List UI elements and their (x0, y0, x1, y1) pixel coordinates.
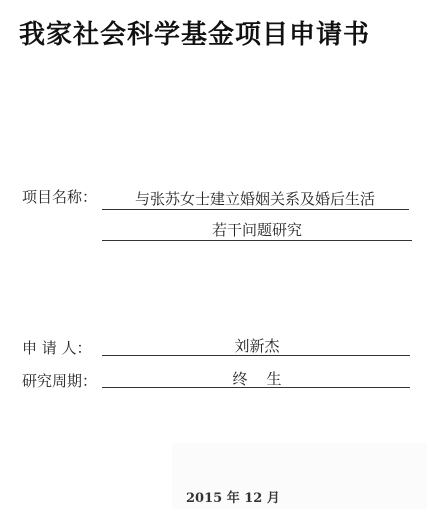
project-name-value-line1: 与张苏女士建立婚姻关系及婚后生活 (102, 188, 408, 209)
applicant-label: 申 请 人： (22, 337, 92, 358)
research-period-underline (102, 387, 410, 388)
document-date: 2015 年 12 月 (186, 487, 280, 506)
applicant-underline (102, 355, 410, 356)
project-name-label: 项目名称： (22, 186, 97, 207)
project-name-value-line2: 若干问题研究 (102, 219, 412, 240)
research-period-value: 终 生 (102, 368, 412, 389)
research-period-label: 研究周期： (22, 370, 97, 391)
project-name-underline-2 (102, 240, 412, 241)
document-title: 我家社会科学基金项目申请书 (19, 14, 370, 51)
applicant-value: 刘新杰 (102, 335, 412, 356)
project-name-underline-1 (102, 209, 409, 210)
